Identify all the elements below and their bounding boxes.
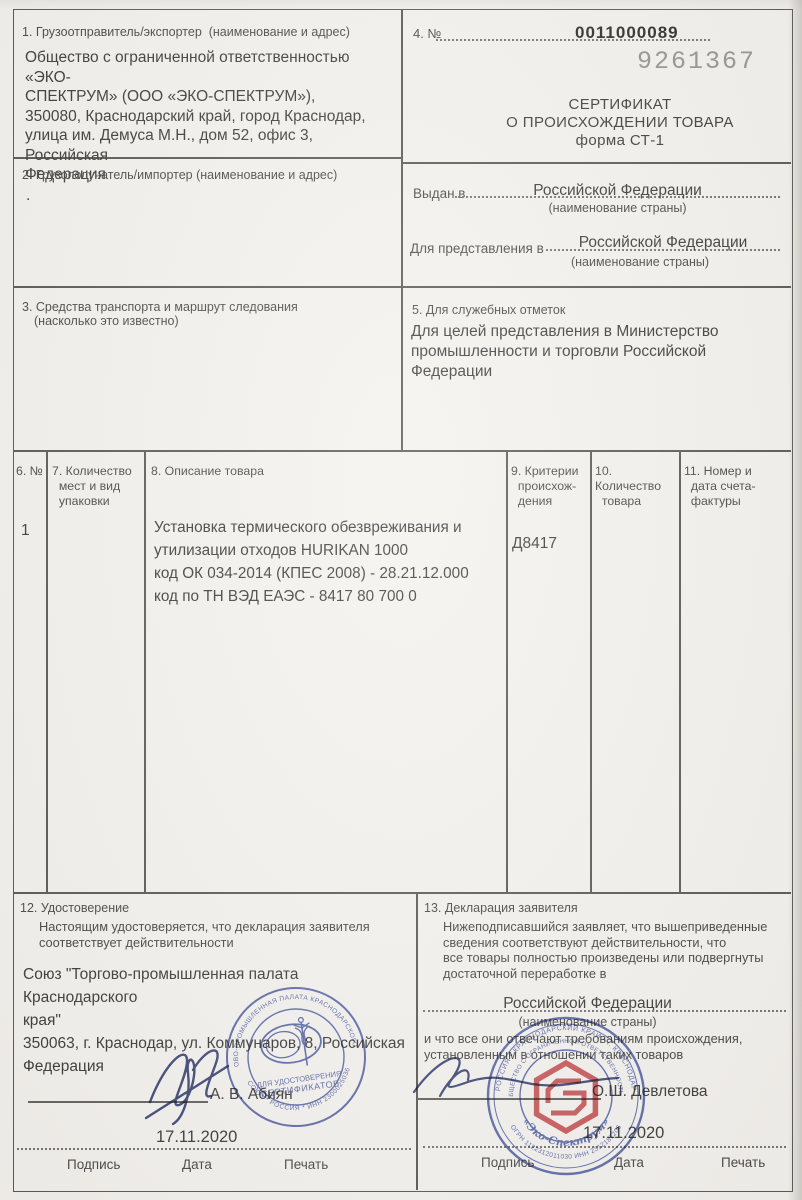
certification-label: 12. Удостоверение	[20, 901, 129, 916]
table-header-col11: 11. Номер и дата счета- фактуры	[684, 464, 784, 509]
consignee-label: 2. Грузополучатель/импортер (наименовани…	[22, 168, 392, 183]
footer-date-label-12: Дата	[182, 1157, 212, 1172]
table-header-col6: 6. №	[16, 464, 43, 479]
issued-in-hint: (наименование страны)	[455, 201, 780, 215]
footer-sign-label-12: Подпись	[67, 1157, 120, 1172]
cert-title-line3: форма СТ-1	[460, 132, 780, 149]
transport-label: 3. Средства транспорта и маршрут следова…	[22, 300, 392, 315]
declaration-label: 13. Декларация заявителя	[424, 901, 578, 916]
eco-spektrum-round-stamp: РОССИЯ • КРАСНОДАРСКИЙ КРАЙ • г. КРАСНОД…	[483, 1013, 649, 1179]
cert-title-line1: СЕРТИФИКАТ	[460, 96, 780, 113]
eco-hexagon-logo	[537, 1063, 596, 1131]
divider-box12-box13	[416, 892, 418, 1190]
exporter-label: 1. Грузоотправитель/экспортер (наименова…	[22, 25, 392, 40]
table-col-line-4	[590, 450, 592, 892]
declaration-text: Нижеподписавшийся заявляет, что вышеприв…	[443, 919, 788, 981]
declaration-dotted-line	[423, 1010, 786, 1012]
table-header-col7: 7. Количество мест и вид упаковки	[52, 464, 142, 509]
cert-number: 0011000089	[575, 23, 679, 43]
official-marks-label: 5. Для служебных отметок	[412, 303, 565, 318]
table-col-line-3	[506, 450, 508, 892]
presented-in-value: Российской Федерации	[546, 233, 780, 253]
certification-text: Настоящим удостоверяется, что декларация…	[39, 919, 399, 950]
footer-seal-label-12: Печать	[284, 1157, 328, 1172]
official-marks-value: Для целей представления в Министерство п…	[411, 322, 751, 382]
table-top-border	[13, 450, 791, 452]
consignee-value: .	[26, 186, 30, 206]
tpp-logo-icon	[258, 1015, 324, 1071]
footer-dotted-line-12	[17, 1148, 411, 1150]
table-col-line-2	[144, 450, 146, 892]
row-number: 1	[21, 521, 30, 541]
cert-title-line2: О ПРОИСХОЖДЕНИИ ТОВАРА	[460, 114, 780, 131]
table-col-line-1	[46, 450, 48, 892]
transport-sublabel: (насколько это известно)	[34, 314, 179, 329]
divider-box4-issued	[402, 162, 791, 164]
serial-number: 9261367	[637, 47, 756, 76]
certificate-of-origin-scan: 1. Грузоотправитель/экспортер (наименова…	[0, 0, 802, 1200]
table-col-line-5	[679, 450, 681, 892]
footer-seal-label-13: Печать	[721, 1155, 765, 1170]
row-description: Установка термического обезвреживания и …	[154, 516, 504, 608]
row-origin-criteria: Д8417	[512, 534, 557, 554]
presented-in-label: Для представления в	[410, 241, 544, 256]
issued-in-value: Российской Федерации	[455, 181, 780, 201]
tpp-round-stamp: ТОРГОВО-ПРОМЫШЛЕННАЯ ПАЛАТА КРАСНОДАРСКО…	[222, 983, 370, 1131]
exporter-value: Общество с ограниченной ответственностью…	[25, 48, 397, 185]
table-bottom-border	[13, 892, 791, 894]
table-header-col8: 8. Описание товара	[151, 464, 264, 479]
table-header-col10: 10. Количество товара	[595, 464, 679, 509]
divider-left-right-columns	[401, 9, 403, 450]
table-header-col9: 9. Критерии происхож- дения	[511, 464, 585, 509]
presented-in-hint: (наименование страны)	[500, 255, 780, 269]
